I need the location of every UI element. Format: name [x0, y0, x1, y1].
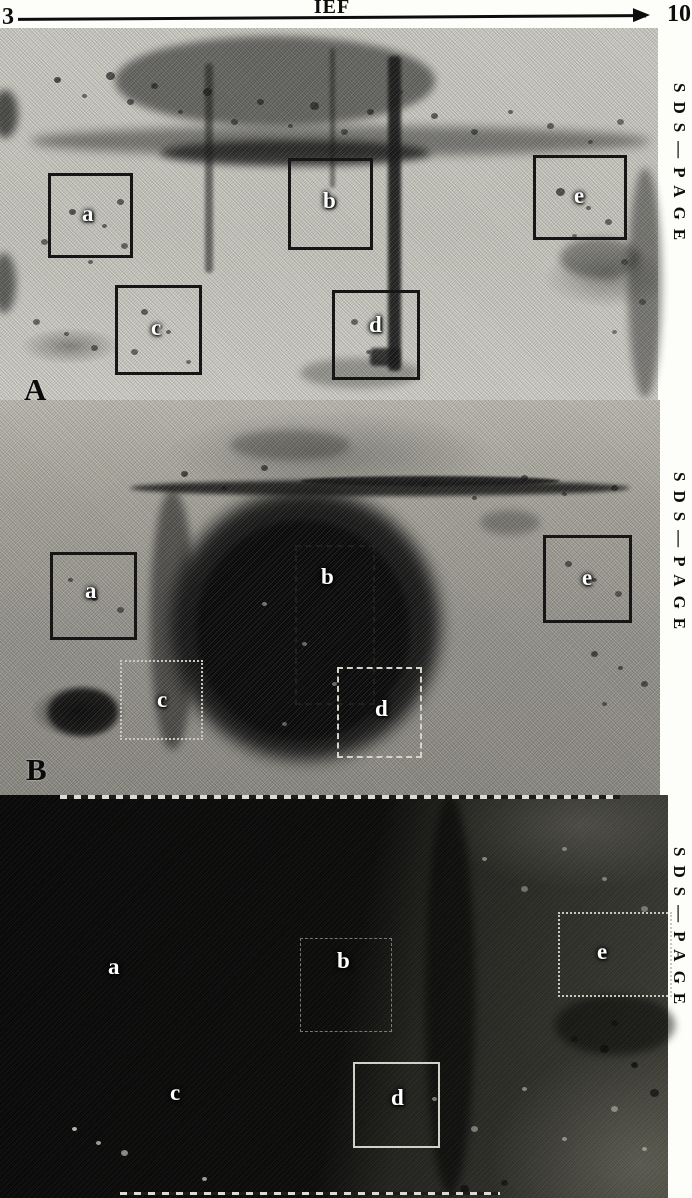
region-label-e: e — [597, 940, 607, 963]
ief-max-value: 10 — [667, 1, 691, 28]
ief-axis-label: IEF — [300, 0, 364, 19]
gel-stain-smudge — [560, 238, 640, 278]
gel-stain-edge — [0, 90, 18, 138]
gel-dark-patch — [555, 995, 675, 1055]
region-box-e: e — [543, 535, 632, 623]
region-label-e: e — [574, 184, 584, 207]
gel-electrophoresis-figure: 3 IEF 10 a b c — [0, 0, 692, 1198]
gel-speckles — [0, 400, 5, 404]
region-label-c: c — [157, 688, 167, 711]
gel-stain-column — [628, 168, 662, 398]
ief-min-value: 3 — [2, 4, 14, 31]
region-label-d: d — [391, 1086, 404, 1109]
region-label-b: b — [323, 189, 336, 212]
gel-stain-smudge — [480, 510, 540, 535]
gel-vertical-streak — [205, 63, 213, 273]
gel-image-A: a b c d e A — [0, 28, 658, 400]
panel-C: a b c d e SDS—PAGE — [0, 795, 692, 1198]
panel-B-letter: B — [26, 754, 47, 785]
region-box-a: a — [48, 173, 133, 258]
panel-A-letter: A — [24, 374, 46, 400]
region-label-a: a — [85, 579, 97, 602]
bottom-edge-dashes — [120, 1192, 500, 1195]
region-box-e: e — [558, 912, 672, 997]
panel-B: a b c d e B SDS—PAGE — [0, 400, 692, 795]
gel-image-B: a b c d e B — [0, 400, 660, 795]
region-label-b: b — [321, 565, 334, 588]
gel-stain-band — [300, 476, 560, 486]
region-label-c: c — [151, 316, 161, 339]
region-box-b: b — [288, 158, 373, 250]
sds-page-axis-label: SDS—PAGE — [669, 83, 689, 249]
region-label-a: a — [82, 202, 94, 225]
region-box-c: c — [120, 660, 203, 740]
region-label-c: c — [170, 1081, 180, 1104]
sds-page-axis-label: SDS—PAGE — [669, 472, 689, 638]
sds-page-axis-label: SDS—PAGE — [669, 847, 689, 1013]
gel-stain-edge — [0, 253, 16, 313]
region-label-e: e — [582, 566, 592, 589]
gel-dark-spots — [0, 795, 5, 799]
region-box-d: d — [332, 290, 420, 380]
gel-image-C: a b c d e — [0, 795, 668, 1198]
region-box-c: c — [115, 285, 202, 375]
region-box-b: b — [300, 938, 392, 1032]
panel-A: a b c d e A SDS—PAGE — [0, 28, 692, 400]
gel-stain-smudge — [115, 36, 435, 126]
region-label-d: d — [375, 697, 388, 720]
region-box-e: e — [533, 155, 627, 240]
region-box-d: d — [353, 1062, 440, 1148]
panel-separator-dashes — [60, 795, 620, 799]
region-label-d: d — [369, 313, 382, 336]
region-label-a: a — [108, 955, 120, 978]
region-box-a: a — [50, 552, 137, 640]
region-box-d: d — [337, 667, 422, 758]
region-label-b: b — [337, 949, 350, 972]
gel-stain-smudge — [230, 430, 350, 460]
gel-stain-blob — [48, 688, 118, 736]
ief-axis-header: 3 IEF 10 — [0, 0, 692, 28]
